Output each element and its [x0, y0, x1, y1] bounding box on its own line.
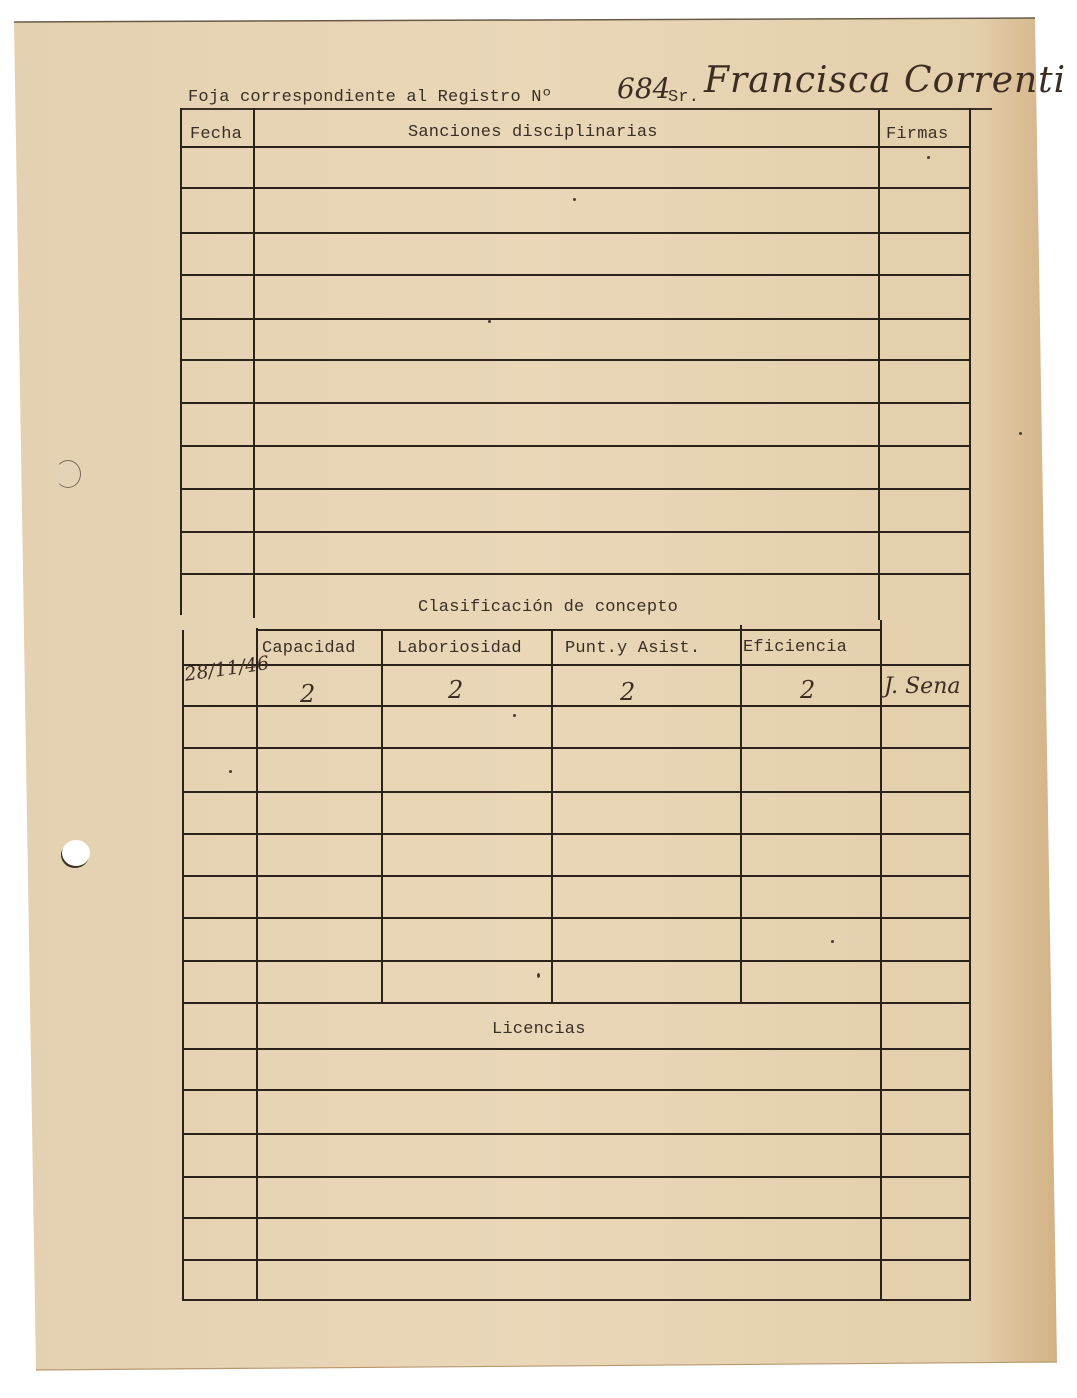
paper-sheet: [0, 0, 1077, 1398]
ink-speck: [488, 320, 491, 323]
table-right-border: [969, 108, 971, 1300]
sr-label: Sr.: [668, 88, 699, 107]
fecha-divider: [253, 108, 255, 618]
ink-speck: [573, 198, 576, 201]
ink-speck: [831, 940, 834, 943]
row-line: [182, 1048, 971, 1050]
col-header-capacidad: Capacidad: [262, 639, 356, 658]
entry-laboriosidad: 2: [448, 676, 463, 704]
row-line: [180, 445, 971, 447]
row-line: [182, 875, 971, 877]
row-line: [180, 531, 971, 533]
row-line: [182, 1176, 971, 1178]
row-line: [182, 1259, 971, 1261]
col-divider-laboriosidad: [551, 629, 553, 1002]
entry-capacidad: 2: [300, 680, 315, 708]
header-prefix: Foja correspondiente al Registro Nº: [188, 88, 552, 107]
col-header-laboriosidad: Laboriosidad: [397, 639, 522, 658]
col-divider-capacidad: [381, 629, 383, 1002]
row-line: [182, 747, 971, 749]
ink-speck: [229, 770, 232, 773]
col-header-fecha: Fecha: [190, 125, 242, 144]
punch-hole: [62, 840, 90, 866]
table-left-border-lower: [182, 630, 184, 1300]
row-line: [180, 232, 971, 234]
header-underline: [180, 108, 992, 110]
row-line: [180, 488, 971, 490]
entry-puntualidad: 2: [620, 678, 635, 706]
ink-speck: [513, 714, 516, 717]
ink-speck: [927, 156, 930, 159]
col-header-sanciones: Sanciones disciplinarias: [408, 123, 658, 142]
entry-firma-signature: J. Sena: [884, 674, 960, 699]
row-line: [182, 833, 971, 835]
row-line: [182, 917, 971, 919]
col-header-puntualidad: Punt.y Asist.: [565, 639, 700, 658]
row-line: [182, 791, 971, 793]
row-line: [180, 146, 971, 148]
registro-number: 684: [617, 72, 670, 105]
scanned-form-page: Foja correspondiente al Registro Nº 684 …: [0, 0, 1077, 1398]
col-header-firmas: Firmas: [886, 125, 948, 144]
col-divider-puntualidad: [740, 625, 742, 1002]
table-left-border: [180, 108, 182, 615]
row-line: [182, 664, 971, 666]
ink-speck: [537, 973, 540, 978]
table-bottom-border: [182, 1299, 971, 1301]
row-line: [180, 402, 971, 404]
row-line: [180, 359, 971, 361]
licencias-title: Licencias: [492, 1020, 586, 1039]
row-line: [182, 1089, 971, 1091]
fecha-divider-lower: [256, 628, 258, 1300]
row-line: [180, 274, 971, 276]
row-line: [182, 705, 971, 707]
row-line: [182, 1002, 971, 1004]
row-line: [180, 318, 971, 320]
clasificacion-title: Clasificación de concepto: [418, 598, 678, 617]
row-line: [182, 1133, 971, 1135]
punch-hole-outline: [55, 460, 81, 488]
entry-eficiencia: 2: [800, 676, 815, 704]
row-line: [180, 187, 971, 189]
row-line: [180, 573, 971, 575]
row-line: [182, 1217, 971, 1219]
col-header-eficiencia: Eficiencia: [743, 638, 847, 657]
person-name: Francisca Correnti: [704, 60, 1066, 101]
ink-speck: [1019, 432, 1022, 435]
row-line: [182, 960, 971, 962]
clasificacion-header-line: [256, 629, 882, 631]
